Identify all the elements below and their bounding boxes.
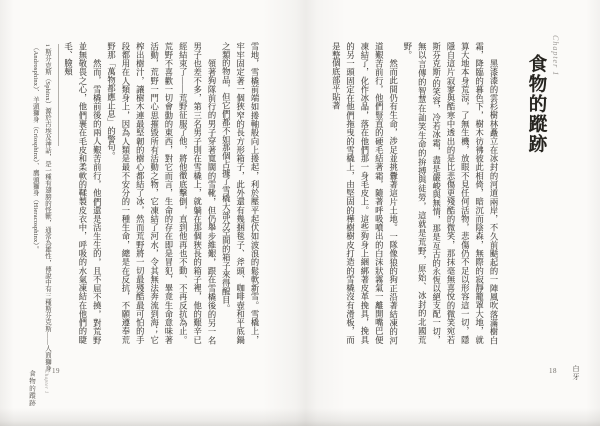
book-bottom-shadow	[0, 408, 600, 426]
paragraph: 然而，雪橇前後的兩人艱苦前行，他們還是活生生的，且不屈不撓，對荒野並無敬畏之心，…	[60, 42, 103, 344]
paragraph-continuation: 雪地，雪橇前端如捲軸般向上捲起，利於壓平起伏如波浪的鬆軟新雪。雪橇上，牢牢固定著…	[218, 42, 261, 344]
book-spread: Chapter 1 食物的蹤跡 黑漆漆的雲杉樹林矗立在冰封的河道兩岸，不久前颳起…	[0, 0, 600, 426]
left-page-body-text: 雪地，雪橇前端如捲軸般向上捲起，利於壓平起伏如波浪的鬆軟新雪。雪橇上，牢牢固定著…	[70, 42, 261, 344]
right-page-body-text: 黑漆漆的雲杉樹林矗立在冰封的河道兩岸，不久前颳起的一陣風吹落滿樹白霜，降臨的暮色…	[357, 42, 500, 344]
left-edge-shadow	[0, 0, 14, 426]
right-edge-shadow	[586, 0, 600, 426]
page-number-right: 18	[549, 367, 557, 375]
footnote-divider-rule	[58, 44, 59, 146]
running-foot-book-title: 白牙	[571, 365, 581, 381]
footnote: 1 斯芬克斯（Sphinx）源於古埃及神話，是一種有翅膀的怪獸，通常為雄性，傳說…	[23, 44, 53, 416]
page-number-left: 19	[52, 367, 60, 375]
footnote-text: 斯芬克斯（Sphinx）源於古埃及神話，是一種有翅膀的怪獸，通常為雄性，傳說中有…	[32, 44, 51, 371]
running-foot-chapter-title: 食物的蹤跡	[27, 370, 36, 407]
chapter-title: 食物的蹤跡	[523, 54, 549, 154]
running-foot-chapter-label: Chapter 1	[43, 370, 48, 394]
chapter-number-label: Chapter 1	[551, 35, 560, 76]
paragraph: 然而此間仍有生命，涉足並挑釁著這片土地。一隊像狼的狗正沿著結凍的河道艱苦前行，他…	[328, 42, 400, 344]
paragraph: 黑漆漆的雲杉樹林矗立在冰封的河道兩岸，不久前颳起的一陣風吹落滿樹白霜，降臨的暮色…	[400, 42, 500, 344]
paragraph: 領著狗隊前行的男子穿著寬闊的雪靴，但仍舉步維艱，跟在雪橇後的另一名男子也差不多，…	[103, 42, 218, 344]
